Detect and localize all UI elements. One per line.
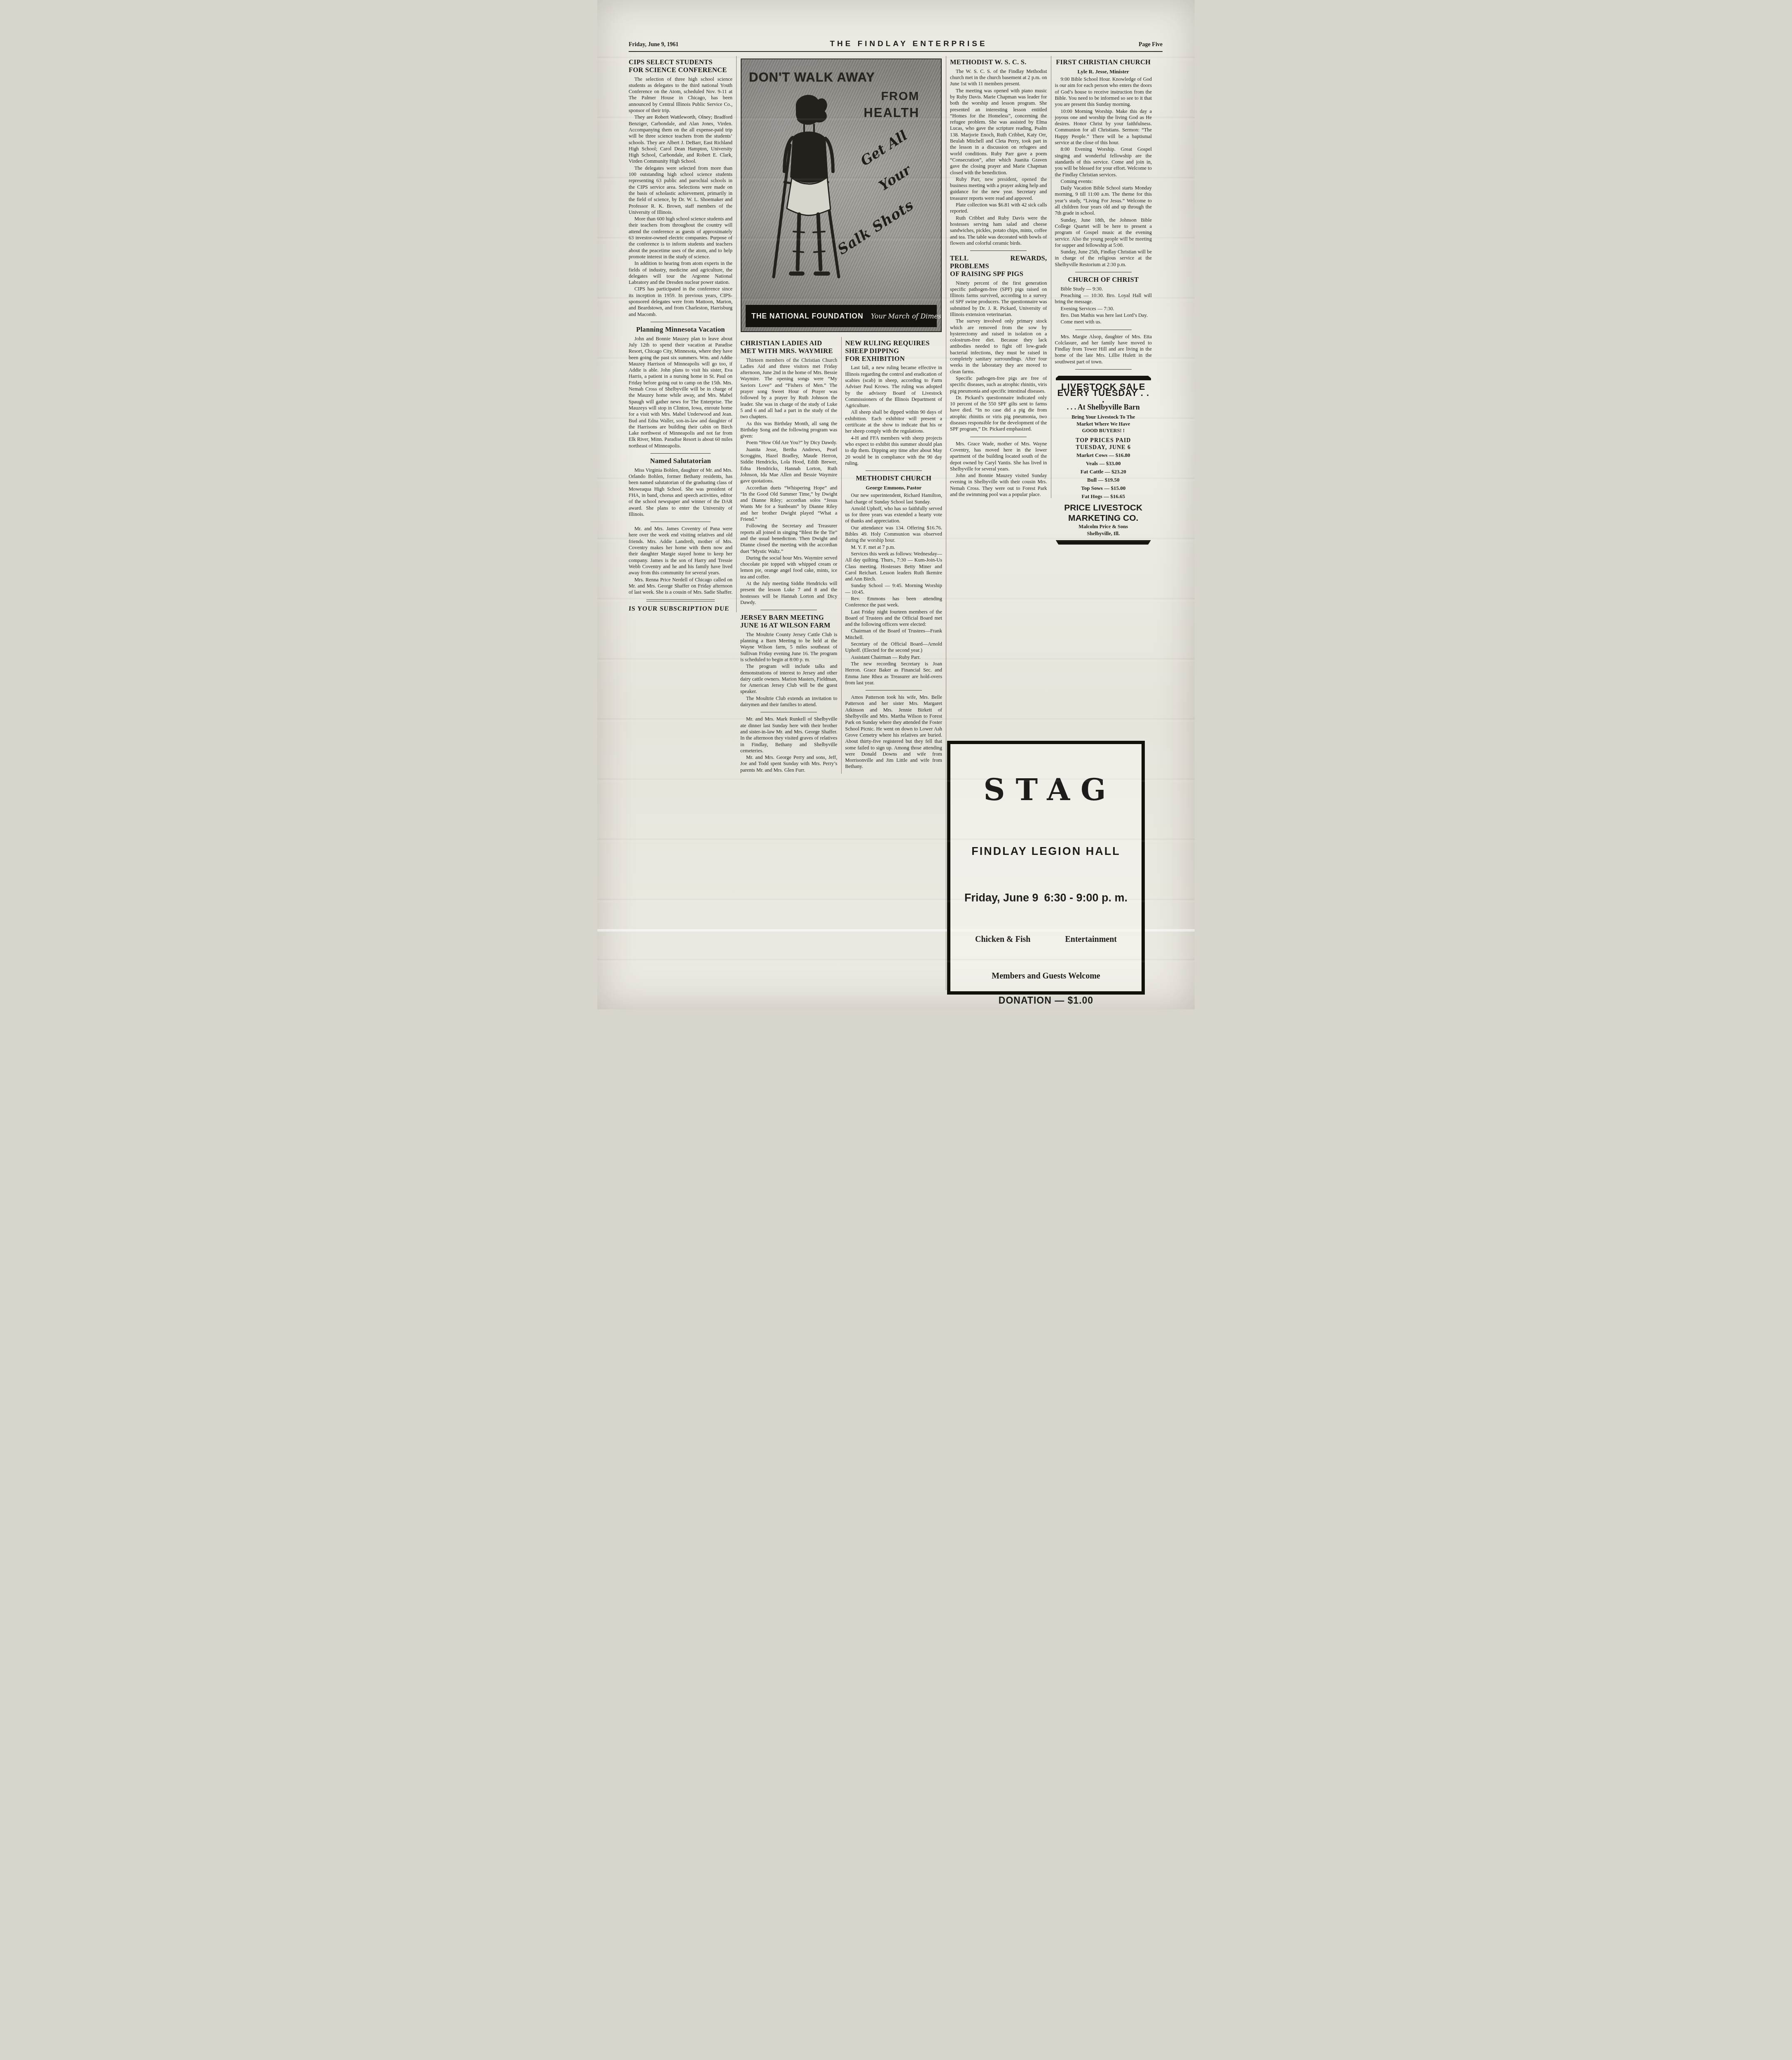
headline-line: JUNE 16 AT WILSON FARM bbox=[740, 622, 838, 630]
article-paragraph: Sunday, June 25th, Findlay Christian wil… bbox=[1055, 249, 1152, 268]
article-paragraph: Sunday School — 9:45. Morning Worship — … bbox=[845, 583, 943, 595]
article-paragraph: The W. S. C. S. of the Findlay Methodist… bbox=[950, 68, 1047, 87]
article-paragraph: Our new superintendent, Richard Hamilton… bbox=[845, 492, 943, 505]
article-paragraph: Mr. and Mrs. Mark Runkell of Shelbyville… bbox=[740, 716, 838, 754]
headline-line: MET WITH MRS. WAYMIRE bbox=[740, 347, 838, 355]
article-paragraph: Our attendance was 134. Offering $16.76.… bbox=[845, 525, 943, 544]
columns-container: CIPS SELECT STUDENTSFOR SCIENCE CONFEREN… bbox=[597, 56, 1195, 995]
ad-footer-band: THE NATIONAL FOUNDATION Your March of Di… bbox=[746, 305, 937, 327]
ad-top-bar bbox=[1056, 376, 1151, 380]
article-headline: CHRISTIAN LADIES AIDMET WITH MRS. WAYMIR… bbox=[740, 339, 838, 355]
livestock-ad-location: . . . At Shelbyville Barn bbox=[1055, 404, 1152, 410]
newspaper-page: Friday, June 9, 1961 THE FINDLAY ENTERPR… bbox=[597, 0, 1195, 1009]
headline-line: TELL REWARDS, PROBLEMS bbox=[950, 255, 1047, 270]
article-headline: Named Salutatorian bbox=[629, 457, 732, 465]
company-city: Shelbyville, Ill. bbox=[1055, 530, 1152, 538]
article-paragraph: Mrs. Margie Alsop, daughter of Mrs. Etta… bbox=[1055, 334, 1152, 365]
article-paragraph: Bible Study — 9:30. bbox=[1055, 286, 1152, 292]
column-3: NEW RULING REQUIRESSHEEP DIPPINGFOR EXHI… bbox=[842, 337, 946, 770]
article-paragraph: The delegates were selected from more th… bbox=[629, 165, 732, 215]
article-paragraph: The selection of three high school scien… bbox=[629, 76, 732, 114]
stag-legion-hall-ad: STAG FINDLAY LEGION HALL Friday, June 9 … bbox=[947, 741, 1145, 995]
article-paragraph: Specific pathogen-free pigs are free of … bbox=[950, 375, 1047, 394]
child-with-crutches-illustration bbox=[758, 83, 853, 297]
price-line: Fat Hogs — $16.65 bbox=[1055, 492, 1152, 501]
article-paragraph: Rev. Emmons has been attending Conferenc… bbox=[845, 596, 943, 609]
article-paragraph: Ruth Cribbet and Ruby Davis were the hos… bbox=[950, 215, 1047, 246]
ad-headline-health: HEALTH bbox=[864, 105, 919, 120]
pitch-line: Bring Your Livestock To The bbox=[1055, 414, 1152, 420]
article-paragraph: Last Friday night fourteen members of th… bbox=[845, 609, 943, 628]
article-paragraph: In addition to hearing from atom experts… bbox=[629, 260, 732, 286]
article-paragraph: Amos Patterson took his wife, Mrs. Belle… bbox=[845, 694, 943, 770]
column-5: FIRST CHRISTIAN CHURCHLyle R. Jesse, Min… bbox=[1051, 56, 1156, 549]
ad-headline-from: FROM bbox=[881, 90, 919, 103]
stag-entertainment: Entertainment bbox=[1065, 935, 1117, 944]
article-paragraph: Mr. and Mrs. James Coventry of Pana were… bbox=[629, 526, 732, 576]
divider-rule bbox=[650, 322, 711, 322]
article-paragraph: Poem “How Old Are You?” by Dicy Dawdy. bbox=[740, 440, 838, 446]
article-paragraph: The new recording Secretary is Joan Herr… bbox=[845, 661, 943, 686]
article-paragraph: All sheep shall be dipped within 90 days… bbox=[845, 409, 943, 434]
divider-rule bbox=[650, 453, 711, 454]
article-paragraph: During the social hour Mrs. Waymire serv… bbox=[740, 555, 838, 580]
divider-rule bbox=[1075, 330, 1132, 330]
headline-line: FIRST CHRISTIAN CHURCH bbox=[1055, 59, 1152, 66]
ad-headline: DON'T WALK AWAY bbox=[749, 70, 935, 85]
masthead-title: THE FINDLAY ENTERPRISE bbox=[830, 40, 987, 49]
headline-line: FOR SCIENCE CONFERENCE bbox=[629, 66, 732, 74]
article-headline: TELL REWARDS, PROBLEMSOF RAISING SPF PIG… bbox=[950, 255, 1047, 278]
article-paragraph: Ninety percent of the first generation s… bbox=[950, 280, 1047, 318]
stag-date: Friday, June 9 bbox=[964, 892, 1039, 904]
article-headline: FIRST CHRISTIAN CHURCH bbox=[1055, 59, 1152, 66]
page-header: Friday, June 9, 1961 THE FINDLAY ENTERPR… bbox=[597, 0, 1195, 51]
article-paragraph: Last fall, a new ruling became effective… bbox=[845, 365, 943, 409]
article-paragraph: Come meet with us. bbox=[1055, 319, 1152, 325]
header-rule bbox=[629, 51, 1163, 52]
pitch-line: GOOD BUYERS! ! bbox=[1055, 427, 1152, 434]
headline-line: CHRISTIAN LADIES AID bbox=[740, 339, 838, 347]
divider-rule bbox=[970, 437, 1027, 437]
headline-line: OF RAISING SPF PIGS bbox=[950, 270, 1047, 278]
headline-line: METHODIST W. S. C. S. bbox=[950, 59, 1047, 66]
article-paragraph: Thirteen members of the Christian Church… bbox=[740, 357, 838, 420]
stag-donation-line: DONATION — $1.00 bbox=[950, 995, 1142, 1006]
article-headline: CIPS SELECT STUDENTSFOR SCIENCE CONFEREN… bbox=[629, 59, 732, 74]
article-paragraph: Dr. Pickard’s questionnaire indicated on… bbox=[950, 395, 1047, 433]
headline-line: NEW RULING REQUIRES bbox=[845, 339, 943, 347]
article-paragraph: Following the Secretary and Treasurer re… bbox=[740, 523, 838, 554]
price-line: Fat Cattle — $23.20 bbox=[1055, 468, 1152, 476]
columns-2-3-wrap: DON'T WALK AWAY FROM HEALTH bbox=[737, 56, 946, 990]
article-paragraph: 10:00 Morning Worship. Make this day a j… bbox=[1055, 108, 1152, 146]
company-owner: Malcolm Price & Sons bbox=[1055, 523, 1152, 531]
top-prices-label: TOP PRICES PAID bbox=[1055, 438, 1152, 444]
article-headline: JERSEY BARN MEETINGJUNE 16 AT WILSON FAR… bbox=[740, 614, 838, 630]
divider-rule bbox=[760, 610, 817, 610]
article-paragraph: 4-H and FFA members with sheep projects … bbox=[845, 435, 943, 466]
article-paragraph: Daily Vacation Bible School starts Monda… bbox=[1055, 185, 1152, 216]
headline-line: CIPS SELECT STUDENTS bbox=[629, 59, 732, 66]
column-1: CIPS SELECT STUDENTSFOR SCIENCE CONFEREN… bbox=[629, 56, 737, 612]
article-paragraph: Preaching — 10:30. Bro. Loyal Hall will … bbox=[1055, 293, 1152, 305]
page-number: Page Five bbox=[1139, 42, 1163, 48]
article-paragraph: The survey involved only primary stock w… bbox=[950, 318, 1047, 375]
divider-rule bbox=[866, 690, 922, 691]
stag-title: STAG bbox=[950, 772, 1142, 807]
price-line: Top Sows — $15.00 bbox=[1055, 484, 1152, 492]
article-paragraph: Mrs. Grace Wade, mother of Mrs. Wayne Co… bbox=[950, 441, 1047, 472]
article-paragraph: Arnold Uphoff, who has so faithfully ser… bbox=[845, 506, 943, 524]
article-paragraph: John and Bonnie Mauzey plan to leave abo… bbox=[629, 336, 732, 449]
article-headline: NEW RULING REQUIRESSHEEP DIPPINGFOR EXHI… bbox=[845, 339, 943, 363]
stag-date-time-row: Friday, June 9 6:30 - 9:00 p. m. bbox=[950, 892, 1142, 904]
issue-date: Friday, June 9, 1961 bbox=[629, 42, 678, 48]
article-paragraph: Ruby Parr, new president, opened the bus… bbox=[950, 176, 1047, 201]
article-headline: Planning Minnesota Vacation bbox=[629, 326, 732, 334]
article-paragraph: Miss Virginia Bohlen, daughter of Mr. an… bbox=[629, 467, 732, 517]
article-paragraph: They are Robert Wattleworth, Olney; Brad… bbox=[629, 114, 732, 164]
column-4: METHODIST W. S. C. S.The W. S. C. S. of … bbox=[946, 56, 1051, 498]
columns-4-5-wrap: METHODIST W. S. C. S.The W. S. C. S. of … bbox=[946, 56, 1156, 995]
divider-rule bbox=[760, 712, 817, 712]
article-paragraph: Evening Services — 7:30. bbox=[1055, 306, 1152, 312]
stag-venue: FINDLAY LEGION HALL bbox=[950, 845, 1142, 858]
livestock-ad-pitch: Bring Your Livestock To The Market Where… bbox=[1055, 414, 1152, 434]
stag-time: 6:30 - 9:00 p. m. bbox=[1044, 892, 1128, 904]
company-name: PRICE LIVESTOCK MARKETING CO. bbox=[1055, 503, 1152, 523]
article-paragraph: The program will include talks and demon… bbox=[740, 663, 838, 695]
stag-menu-row: Chicken & Fish Entertainment bbox=[950, 935, 1142, 944]
article-paragraph: Plate collection was $6.81 with 42 sick … bbox=[950, 202, 1047, 215]
article-headline: METHODIST W. S. C. S. bbox=[950, 59, 1047, 66]
divider-rule bbox=[866, 471, 922, 471]
article-paragraph: CIPS has participated in the conference … bbox=[629, 286, 732, 317]
article-paragraph: Mr. and Mrs. George Perry and sons, Jeff… bbox=[740, 754, 838, 773]
divider-rule bbox=[646, 599, 715, 602]
article-headline: CHURCH OF CHRIST bbox=[1055, 276, 1152, 284]
article-paragraph: M. Y. F. met at 7 p.m. bbox=[845, 544, 943, 550]
article-byline: Lyle R. Jesse, Minister bbox=[1055, 68, 1152, 75]
article-paragraph: John and Bonnie Mauzey visited Sunday ev… bbox=[950, 473, 1047, 498]
ad-bottom-bar bbox=[1056, 540, 1151, 545]
sale-date-label: TUESDAY, JUNE 6 bbox=[1055, 445, 1152, 451]
article-paragraph: Chairman of the Board of Trustees—Frank … bbox=[845, 628, 943, 641]
article-byline: George Emmons, Pastor bbox=[845, 485, 943, 491]
headline-line: SHEEP DIPPING bbox=[845, 347, 943, 355]
march-of-dimes-label: Your March of Dimes bbox=[871, 312, 941, 320]
march-of-dimes-ad: DON'T WALK AWAY FROM HEALTH bbox=[741, 59, 942, 332]
headline-line: Named Salutatorian bbox=[629, 457, 732, 465]
headline-line: JERSEY BARN MEETING bbox=[740, 614, 838, 622]
article-paragraph: Services this week as follows: Wednesday… bbox=[845, 551, 943, 582]
article-paragraph: Mrs. Renna Price Nerdell of Chicago call… bbox=[629, 577, 732, 596]
headline-line: Planning Minnesota Vacation bbox=[629, 326, 732, 334]
price-line: Veals — $33.00 bbox=[1055, 459, 1152, 468]
article-headline: METHODIST CHURCH bbox=[845, 475, 943, 482]
headline-line: CHURCH OF CHRIST bbox=[1055, 276, 1152, 284]
headline-line: METHODIST CHURCH bbox=[845, 475, 943, 482]
article-paragraph: Accordian duets “Whispering Hope” and “I… bbox=[740, 485, 838, 523]
column-2: CHRISTIAN LADIES AIDMET WITH MRS. WAYMIR… bbox=[737, 337, 842, 774]
columns-2-3: CHRISTIAN LADIES AIDMET WITH MRS. WAYMIR… bbox=[737, 337, 946, 990]
article-paragraph: Secretary of the Official Board—Arnold U… bbox=[845, 641, 943, 654]
headline-line: FOR EXHIBITION bbox=[845, 355, 943, 363]
article-paragraph: The Moultrie County Jersey Cattle Club i… bbox=[740, 632, 838, 663]
stag-food: Chicken & Fish bbox=[975, 935, 1030, 944]
subscription-notice: IS YOUR SUBSCRIPTION DUE bbox=[628, 606, 732, 612]
livestock-sale-ad: LIVESTOCK SALE EVERY TUESDAY . . . . . .… bbox=[1055, 373, 1152, 546]
article-paragraph: 9:00 Bible School Hour. Knowledge of God… bbox=[1055, 76, 1152, 108]
ad-script-line: Your bbox=[876, 162, 914, 194]
article-paragraph: Coming events: bbox=[1055, 178, 1152, 185]
article-paragraph: The Moultrie Club extends an invitation … bbox=[740, 695, 838, 708]
columns-4-5: METHODIST W. S. C. S.The W. S. C. S. of … bbox=[946, 56, 1156, 737]
article-paragraph: Bro. Dan Mathis was here last Lord’s Day… bbox=[1055, 312, 1152, 318]
article-paragraph: Sunday, June 18th, the Johnson Bible Col… bbox=[1055, 217, 1152, 248]
pitch-line: Market Where We Have bbox=[1055, 421, 1152, 427]
livestock-ad-title-2: EVERY TUESDAY . . . bbox=[1055, 390, 1152, 403]
national-foundation-label: THE NATIONAL FOUNDATION bbox=[751, 312, 863, 321]
article-paragraph: The meeting was opened with piano music … bbox=[950, 88, 1047, 176]
divider-rule bbox=[1075, 272, 1132, 272]
price-line: Market Cows — $16.80 bbox=[1055, 451, 1152, 459]
article-paragraph: 8:00 Evening Worship. Great Gospel singi… bbox=[1055, 146, 1152, 178]
company-name-line: MARKETING CO. bbox=[1055, 513, 1152, 523]
divider-rule bbox=[1075, 369, 1132, 370]
article-paragraph: Assistant Chairman — Ruby Parr. bbox=[845, 654, 943, 660]
divider-rule bbox=[970, 250, 1027, 251]
article-paragraph: As this was Birthday Month, all sang the… bbox=[740, 421, 838, 440]
article-paragraph: More than 600 high school science studen… bbox=[629, 216, 732, 260]
price-line: Bull — $19.50 bbox=[1055, 476, 1152, 484]
divider-rule bbox=[650, 522, 711, 522]
company-name-line: PRICE LIVESTOCK bbox=[1055, 503, 1152, 513]
stag-welcome-line: Members and Guests Welcome bbox=[950, 971, 1142, 981]
article-paragraph: At the July meeting Siddie Hendricks wil… bbox=[740, 581, 838, 606]
article-paragraph: Juanita Jesse, Bertha Andrews, Pearl Scr… bbox=[740, 447, 838, 485]
